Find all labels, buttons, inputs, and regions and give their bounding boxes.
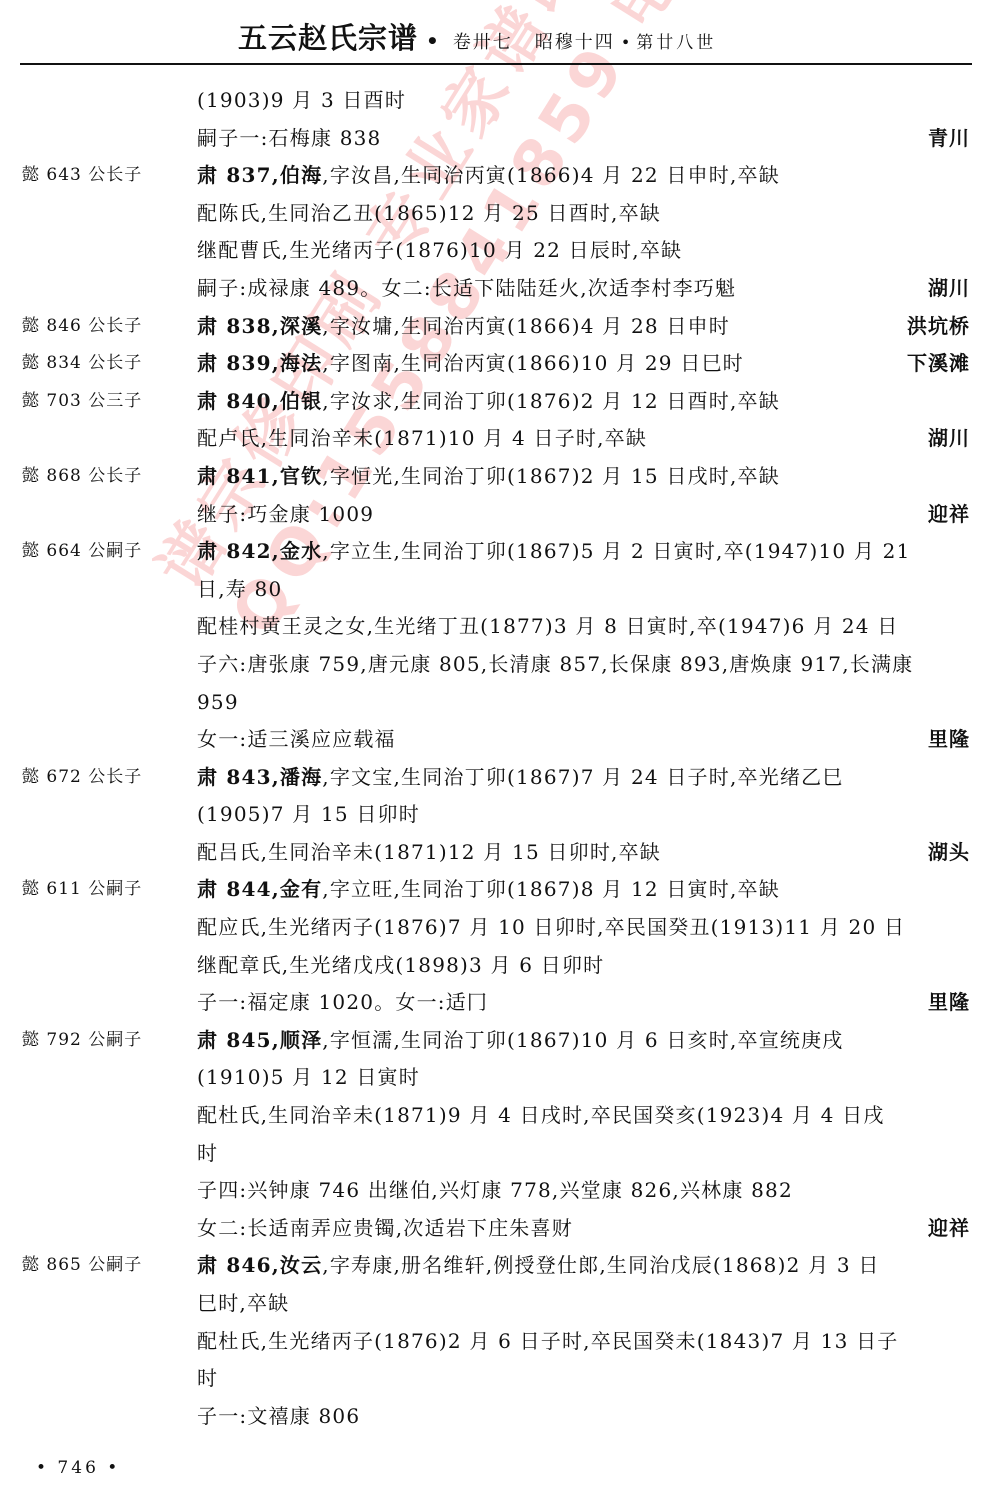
entry-detail: 配卢氏,生同治辛未(1871)10 月 4 日子时,卒缺	[197, 426, 647, 450]
entry-text: 巳时,卒缺	[197, 1285, 289, 1323]
entry-line: (1910)5 月 12 日寅时	[0, 1059, 992, 1097]
entry-line: 子一:福定康 1020。女一:适冂里隆	[0, 984, 992, 1022]
entry-detail: 子一:福定康 1020。女一:适冂	[197, 990, 488, 1014]
entry-detail: 时	[197, 1141, 218, 1165]
entry-text: 日,寿 80	[197, 571, 282, 609]
entry-detail: 嗣子:成禄康 489。女二:长适下陆陆廷火,次适李村李巧魁	[197, 276, 736, 300]
entry-line: (1905)7 月 15 日卯时	[0, 796, 992, 834]
entry-text: 肃 840,伯银,字汝求,生同治丁卯(1876)2 月 12 日酉时,卒缺	[197, 383, 780, 421]
entry-text: 嗣子一:石梅康 838	[197, 120, 381, 158]
entry-detail: 继配曹氏,生光绪丙子(1876)10 月 22 日辰时,卒缺	[197, 238, 682, 262]
entry-text: 子四:兴钟康 746 出继伯,兴灯康 778,兴堂康 826,兴林康 882	[197, 1172, 793, 1210]
entry-text: 时	[197, 1360, 218, 1398]
entry-head-line: 懿 664 公嗣子肃 842,金水,字立生,生同治丁卯(1867)5 月 2 日…	[0, 533, 992, 571]
residence-place: 下溪滩	[907, 345, 970, 383]
entry-head-line: 懿 703 公三子肃 840,伯银,字汝求,生同治丁卯(1876)2 月 12 …	[0, 383, 992, 421]
entry-detail: 配陈氏,生同治乙丑(1865)12 月 25 日酉时,卒缺	[197, 201, 661, 225]
person-name: 官钦	[280, 464, 322, 488]
entry-text: 继配章氏,生光绪戊戌(1898)3 月 6 日卯时	[197, 947, 604, 985]
entry-text: 959	[197, 684, 239, 722]
entry-line: 嗣子:成禄康 489。女二:长适下陆陆廷火,次适李村李巧魁湖川	[0, 270, 992, 308]
lineage-label: 懿 834 公长子	[22, 345, 142, 383]
entry-text: 女一:适三溪应应载福	[197, 721, 396, 759]
entry-head-line: 懿 643 公长子肃 837,伯海,字汝昌,生同治丙寅(1866)4 月 22 …	[0, 157, 992, 195]
volume-label: 卷卅七	[453, 28, 513, 54]
generation-number: 肃 839,	[197, 351, 280, 375]
person-name: 金有	[280, 877, 322, 901]
generation-number: 肃 841,	[197, 464, 280, 488]
entry-line: 巳时,卒缺	[0, 1285, 992, 1323]
entry-head-line: 懿 792 公嗣子肃 845,顺泽,字恒濡,生同治丁卯(1867)10 月 6 …	[0, 1022, 992, 1060]
entry-line: 配卢氏,生同治辛未(1871)10 月 4 日子时,卒缺湖川	[0, 420, 992, 458]
lineage-label: 懿 664 公嗣子	[22, 533, 142, 571]
entry-detail: 继配章氏,生光绪戊戌(1898)3 月 6 日卯时	[197, 953, 604, 977]
entry-head-line: 懿 846 公长子肃 838,深溪,字汝墉,生同治丙寅(1866)4 月 28 …	[0, 308, 992, 346]
residence-place: 里隆	[928, 984, 970, 1022]
entry-line: 女二:长适南弄应贵镯,次适岩下庄朱喜财迎祥	[0, 1210, 992, 1248]
entry-head-line: 懿 672 公长子肃 843,潘海,字文宝,生同治丁卯(1867)7 月 24 …	[0, 759, 992, 797]
running-head: 五云赵氏宗谱 • 卷卅七 昭穆十四 • 第廿八世	[238, 16, 716, 57]
entry-text: 肃 842,金水,字立生,生同治丁卯(1867)5 月 2 日寅时,卒(1947…	[197, 533, 911, 571]
entry-detail: ,字汝昌,生同治丙寅(1866)4 月 22 日申时,卒缺	[322, 163, 780, 187]
lineage-label: 懿 865 公嗣子	[22, 1247, 142, 1285]
entry-text: 配卢氏,生同治辛未(1871)10 月 4 日子时,卒缺	[197, 420, 647, 458]
residence-place: 湖川	[928, 270, 970, 308]
lineage-label: 懿 846 公长子	[22, 308, 142, 346]
entry-detail: 子四:兴钟康 746 出继伯,兴灯康 778,兴堂康 826,兴林康 882	[197, 1178, 793, 1202]
entry-detail: ,字立生,生同治丁卯(1867)5 月 2 日寅时,卒(1947)10 月 21	[322, 539, 910, 563]
entry-detail: ,字恒濡,生同治丁卯(1867)10 月 6 日亥时,卒宣统庚戌	[322, 1028, 843, 1052]
separator-dot: •	[621, 33, 630, 52]
generation-number: 肃 840,	[197, 389, 280, 413]
residence-place: 湖川	[928, 420, 970, 458]
entry-text: (1903)9 月 3 日酉时	[197, 82, 406, 120]
entry-text: 肃 838,深溪,字汝墉,生同治丙寅(1866)4 月 28 日申时	[197, 308, 730, 346]
entry-text: 肃 844,金有,字立旺,生同治丁卯(1867)8 月 12 日寅时,卒缺	[197, 871, 780, 909]
entry-detail: 配桂村黄王灵之女,生光绪丁丑(1877)3 月 8 日寅时,卒(1947)6 月…	[197, 614, 899, 638]
entry-line: 继配章氏,生光绪戊戌(1898)3 月 6 日卯时	[0, 947, 992, 985]
entry-line: 配陈氏,生同治乙丑(1865)12 月 25 日酉时,卒缺	[0, 195, 992, 233]
entry-line: 时	[0, 1135, 992, 1173]
header-divider	[20, 63, 972, 65]
entry-line: 配吕氏,生同治辛未(1871)12 月 15 日卯时,卒缺湖头	[0, 834, 992, 872]
entry-text: 子一:文禧康 806	[197, 1398, 360, 1436]
entry-detail: 嗣子一:石梅康 838	[197, 126, 381, 150]
entry-text: 肃 843,潘海,字文宝,生同治丁卯(1867)7 月 24 日子时,卒光绪乙巳	[197, 759, 844, 797]
entry-detail: 子六:唐张康 759,唐元康 805,长清康 857,长保康 893,唐焕康 9…	[197, 652, 913, 676]
entry-text: 配桂村黄王灵之女,生光绪丁丑(1877)3 月 8 日寅时,卒(1947)6 月…	[197, 608, 899, 646]
person-name: 海法	[280, 351, 322, 375]
entry-detail: ,字立旺,生同治丁卯(1867)8 月 12 日寅时,卒缺	[322, 877, 780, 901]
residence-place: 青川	[928, 120, 970, 158]
entry-line: 嗣子一:石梅康 838青川	[0, 120, 992, 158]
lineage-label: 懿 611 公嗣子	[22, 871, 142, 909]
entry-detail: ,字汝求,生同治丁卯(1876)2 月 12 日酉时,卒缺	[322, 389, 780, 413]
entry-head-line: 懿 611 公嗣子肃 844,金有,字立旺,生同治丁卯(1867)8 月 12 …	[0, 871, 992, 909]
entry-line: (1903)9 月 3 日酉时	[0, 82, 992, 120]
book-title: 五云赵氏宗谱	[238, 16, 418, 57]
entry-detail: ,字图南,生同治丙寅(1866)10 月 29 日巳时	[322, 351, 744, 375]
entry-detail: 子一:文禧康 806	[197, 1404, 360, 1428]
lineage-label: 懿 643 公长子	[22, 157, 142, 195]
entry-text: 配陈氏,生同治乙丑(1865)12 月 25 日酉时,卒缺	[197, 195, 661, 233]
entry-text: 嗣子:成禄康 489。女二:长适下陆陆廷火,次适李村李巧魁	[197, 270, 736, 308]
entry-line: 继配曹氏,生光绪丙子(1876)10 月 22 日辰时,卒缺	[0, 232, 992, 270]
entry-detail: (1905)7 月 15 日卯时	[197, 802, 420, 826]
zhaomu-label: 昭穆十四	[535, 28, 615, 54]
entry-text: 时	[197, 1135, 218, 1173]
entry-line: 配应氏,生光绪丙子(1876)7 月 10 日卯时,卒民国癸丑(1913)11 …	[0, 909, 992, 947]
entry-line: 子四:兴钟康 746 出继伯,兴灯康 778,兴堂康 826,兴林康 882	[0, 1172, 992, 1210]
entry-detail: 配杜氏,生光绪丙子(1876)2 月 6 日子时,卒民国癸未(1843)7 月 …	[197, 1329, 899, 1353]
entry-text: 肃 841,官钦,字恒光,生同治丁卯(1867)2 月 15 日戌时,卒缺	[197, 458, 780, 496]
entry-line: 子六:唐张康 759,唐元康 805,长清康 857,长保康 893,唐焕康 9…	[0, 646, 992, 684]
separator-dot: •	[426, 29, 439, 53]
genealogy-content: (1903)9 月 3 日酉时嗣子一:石梅康 838青川懿 643 公长子肃 8…	[0, 82, 992, 1435]
residence-place: 迎祥	[928, 1210, 970, 1248]
person-name: 伯银	[280, 389, 322, 413]
entry-text: 肃 839,海法,字图南,生同治丙寅(1866)10 月 29 日巳时	[197, 345, 744, 383]
generation-number: 肃 843,	[197, 765, 280, 789]
person-name: 潘海	[280, 765, 322, 789]
lineage-label: 懿 703 公三子	[22, 383, 142, 421]
entry-text: 肃 837,伯海,字汝昌,生同治丙寅(1866)4 月 22 日申时,卒缺	[197, 157, 780, 195]
entry-line: 时	[0, 1360, 992, 1398]
residence-place: 湖头	[928, 834, 970, 872]
residence-place: 里隆	[928, 721, 970, 759]
entry-text: 配应氏,生光绪丙子(1876)7 月 10 日卯时,卒民国癸丑(1913)11 …	[197, 909, 905, 947]
residence-place: 迎祥	[928, 496, 970, 534]
entry-text: 配杜氏,生光绪丙子(1876)2 月 6 日子时,卒民国癸未(1843)7 月 …	[197, 1323, 899, 1361]
entry-line: 配桂村黄王灵之女,生光绪丁丑(1877)3 月 8 日寅时,卒(1947)6 月…	[0, 608, 992, 646]
lineage-label: 懿 672 公长子	[22, 759, 142, 797]
entry-text: 继配曹氏,生光绪丙子(1876)10 月 22 日辰时,卒缺	[197, 232, 682, 270]
person-name: 顺泽	[280, 1028, 322, 1052]
entry-text: 肃 846,汝云,字寿康,册名维轩,例授登仕郎,生同治戊辰(1868)2 月 3…	[197, 1247, 880, 1285]
entry-line: 配杜氏,生光绪丙子(1876)2 月 6 日子时,卒民国癸未(1843)7 月 …	[0, 1323, 992, 1361]
entry-detail: ,字汝墉,生同治丙寅(1866)4 月 28 日申时	[322, 314, 730, 338]
entry-head-line: 懿 868 公长子肃 841,官钦,字恒光,生同治丁卯(1867)2 月 15 …	[0, 458, 992, 496]
entry-text: (1910)5 月 12 日寅时	[197, 1059, 420, 1097]
person-name: 汝云	[280, 1253, 322, 1277]
generation-number: 肃 842,	[197, 539, 280, 563]
generation-label: 第廿八世	[636, 28, 716, 53]
person-name: 金水	[280, 539, 322, 563]
entry-text: 子一:福定康 1020。女一:适冂	[197, 984, 488, 1022]
page-header: 五云赵氏宗谱 • 卷卅七 昭穆十四 • 第廿八世	[0, 0, 992, 64]
entry-text: 子六:唐张康 759,唐元康 805,长清康 857,长保康 893,唐焕康 9…	[197, 646, 913, 684]
entry-detail: 日,寿 80	[197, 577, 282, 601]
entry-text: 继子:巧金康 1009	[197, 496, 374, 534]
entry-detail: ,字寿康,册名维轩,例授登仕郎,生同治戊辰(1868)2 月 3 日	[322, 1253, 879, 1277]
entry-text: (1905)7 月 15 日卯时	[197, 796, 420, 834]
entry-text: 配杜氏,生同治辛未(1871)9 月 4 日戌时,卒民国癸亥(1923)4 月 …	[197, 1097, 885, 1135]
generation-number: 肃 838,	[197, 314, 280, 338]
entry-head-line: 懿 865 公嗣子肃 846,汝云,字寿康,册名维轩,例授登仕郎,生同治戊辰(1…	[0, 1247, 992, 1285]
page-number: • 746 •	[36, 1458, 120, 1478]
entry-detail: 配吕氏,生同治辛未(1871)12 月 15 日卯时,卒缺	[197, 840, 661, 864]
entry-line: 子一:文禧康 806	[0, 1398, 992, 1436]
person-name: 深溪	[280, 314, 322, 338]
entry-head-line: 懿 834 公长子肃 839,海法,字图南,生同治丙寅(1866)10 月 29…	[0, 345, 992, 383]
generation-number: 肃 846,	[197, 1253, 280, 1277]
entry-detail: 巳时,卒缺	[197, 1291, 289, 1315]
entry-detail: 配杜氏,生同治辛未(1871)9 月 4 日戌时,卒民国癸亥(1923)4 月 …	[197, 1103, 885, 1127]
entry-text: 肃 845,顺泽,字恒濡,生同治丁卯(1867)10 月 6 日亥时,卒宣统庚戌	[197, 1022, 844, 1060]
entry-detail: 配应氏,生光绪丙子(1876)7 月 10 日卯时,卒民国癸丑(1913)11 …	[197, 915, 905, 939]
entry-line: 日,寿 80	[0, 571, 992, 609]
entry-detail: 959	[197, 690, 239, 714]
generation-number: 肃 845,	[197, 1028, 280, 1052]
lineage-label: 懿 868 公长子	[22, 458, 142, 496]
entry-text: 配吕氏,生同治辛未(1871)12 月 15 日卯时,卒缺	[197, 834, 661, 872]
entry-detail: (1910)5 月 12 日寅时	[197, 1065, 420, 1089]
entry-detail: 女二:长适南弄应贵镯,次适岩下庄朱喜财	[197, 1216, 573, 1240]
entry-detail: 时	[197, 1366, 218, 1390]
generation-number: 肃 844,	[197, 877, 280, 901]
person-name: 伯海	[280, 163, 322, 187]
entry-detail: ,字恒光,生同治丁卯(1867)2 月 15 日戌时,卒缺	[322, 464, 780, 488]
entry-line: 女一:适三溪应应载福里隆	[0, 721, 992, 759]
entry-text: 女二:长适南弄应贵镯,次适岩下庄朱喜财	[197, 1210, 573, 1248]
entry-line: 配杜氏,生同治辛未(1871)9 月 4 日戌时,卒民国癸亥(1923)4 月 …	[0, 1097, 992, 1135]
entry-detail: 女一:适三溪应应载福	[197, 727, 396, 751]
generation-number: 肃 837,	[197, 163, 280, 187]
entry-detail: (1903)9 月 3 日酉时	[197, 88, 406, 112]
entry-line: 959	[0, 684, 992, 722]
residence-place: 洪坑桥	[907, 308, 970, 346]
entry-line: 继子:巧金康 1009迎祥	[0, 496, 992, 534]
lineage-label: 懿 792 公嗣子	[22, 1022, 142, 1060]
entry-detail: ,字文宝,生同治丁卯(1867)7 月 24 日子时,卒光绪乙巳	[322, 765, 843, 789]
entry-detail: 继子:巧金康 1009	[197, 502, 374, 526]
